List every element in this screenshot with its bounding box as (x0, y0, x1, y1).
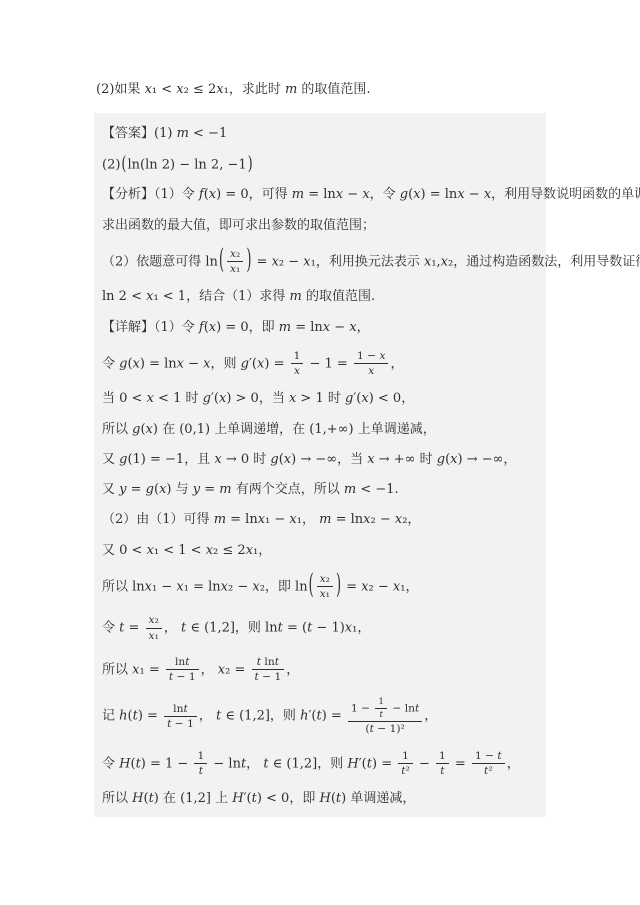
text-run: − 1 (259, 670, 281, 683)
solution-line-19: 令 H(t) = 1 − 1t − lnt， t ∈ (1,2]，则 H′(t)… (102, 750, 538, 778)
fraction-numerator: 1 (436, 750, 449, 764)
text-run: 令 (102, 756, 119, 771)
text-run: ，利用导数说明函数的单调性， (491, 187, 640, 202)
stretched-paren: ) (247, 153, 254, 177)
math-variable: x (133, 356, 140, 371)
problem-statement: (2)如果 x₁ < x₂ ≤ 2x₁，求此时 m 的取值范围. (96, 82, 544, 98)
fraction-numerator: 1 (291, 350, 304, 364)
text-run: − (184, 356, 203, 371)
fraction-denominator: t − 1 (252, 670, 285, 683)
math-variable: x (206, 543, 213, 558)
text-run: ， (246, 756, 263, 771)
math-variable: x (258, 512, 265, 527)
math-variable: m (177, 126, 189, 141)
text-run: 所以 (102, 662, 132, 677)
text-run: = ln (331, 512, 363, 527)
text-run: ₁，求此时 (224, 82, 285, 97)
math-variable: m (214, 512, 226, 527)
text-run: = (342, 579, 361, 594)
text-run: (1) = −1，且 (127, 452, 214, 467)
text-run: = ( (283, 621, 307, 636)
text-run: ₂ − (369, 579, 393, 594)
text-run: < −1. (356, 482, 398, 497)
math-variable: g (400, 187, 408, 202)
solution-line-18: 记 h(t) = lntt − 1， t ∈ (1,2]，则 h′(t) = 1… (102, 697, 538, 735)
text-run: ₂，通过构造函数法，利用导数证得 (448, 254, 640, 269)
fraction-denominator: x (354, 364, 389, 377)
fraction-denominator: t − 1 (164, 717, 197, 730)
fraction-numerator: 1 − t (472, 750, 505, 764)
text-run: ) 与 (166, 482, 192, 497)
math-variable: x (367, 452, 374, 467)
math-variable: x (252, 579, 259, 594)
text-run: ) 在 (0,1) 上单调递增，在 (1,+∞) 上单调递减， (153, 422, 436, 437)
text-run: ₁ (326, 587, 330, 600)
math-variable: x (294, 364, 300, 377)
text-run: 记 (102, 709, 119, 724)
text-run: ln (261, 655, 275, 668)
text-run: ) > 0，当 (226, 391, 289, 406)
text-run: 1 (197, 749, 204, 762)
text-run: − (330, 320, 349, 335)
math-variable: t (275, 655, 279, 668)
text-run: < 1 时 (154, 391, 203, 406)
stretched-paren: ) (335, 570, 342, 603)
text-run: = ln (291, 320, 323, 335)
text-run: ₂， (402, 512, 420, 527)
text-run: ₁ − (265, 512, 289, 527)
text-run: ₁， (352, 621, 370, 636)
math-variable: g (270, 452, 278, 467)
text-run: 1 (378, 697, 384, 707)
solution-line-6: ln 2 < x₁ < 1，结合（1）求得 m 的取值范围. (102, 289, 538, 305)
text-run: ln (173, 702, 183, 715)
text-run: ，则 (211, 356, 241, 371)
solution-line-7: 【详解】（1）令 f(x) = 0，即 m = lnx − x， (102, 320, 538, 336)
text-run: = (200, 482, 219, 497)
text-run: ) = (138, 709, 162, 724)
text-run: 又 (102, 452, 119, 467)
text-run: ，令 (370, 187, 400, 202)
text-run: ₁ < 1 < (154, 543, 206, 558)
text-run: = (127, 482, 146, 497)
text-run: 所以 (102, 791, 132, 806)
solution-line-5: （2）依题意可得 ln(x₂x₁) = x₂ − x₁，利用换元法表示 x₁,x… (102, 248, 538, 276)
math-variable: m (292, 187, 304, 202)
fraction-denominator: t − 1 (166, 670, 199, 683)
text-run: ₂ − (279, 254, 303, 269)
math-variable: g (146, 482, 154, 497)
fraction-numerator: 1 (375, 697, 387, 709)
text-run: ₂ = (225, 662, 249, 677)
fraction: lntt − 1 (164, 703, 197, 731)
math-variable: x (289, 512, 296, 527)
fraction-denominator: x (291, 364, 304, 377)
fraction-numerator: 1 (194, 750, 207, 764)
fraction-denominator: t (436, 764, 449, 777)
math-variable: x (303, 254, 310, 269)
text-run: ² (488, 764, 492, 777)
text-run: 令 (102, 356, 119, 371)
text-run: ) = (264, 356, 288, 371)
math-variable: g (241, 356, 249, 371)
text-run: ) < 0， (369, 391, 415, 406)
text-run: (2)如果 (96, 82, 145, 97)
fraction: t lntt − 1 (252, 656, 285, 684)
fraction-numerator: x₂ (227, 248, 243, 262)
fraction-denominator: x₁ (146, 629, 162, 642)
math-variable: t (497, 749, 501, 762)
document-content: (2)如果 x₁ < x₂ ≤ 2x₁，求此时 m 的取值范围. 【答案】(1)… (94, 82, 546, 817)
fraction-numerator: t lnt (252, 656, 285, 670)
math-variable: x (441, 254, 448, 269)
text-run: ₂ − (370, 512, 394, 527)
text-run: − ln (209, 756, 241, 771)
fraction-numerator: 1 (398, 750, 413, 764)
math-variable: y (119, 482, 126, 497)
answer-panel: 【答案】(1) m < −1(2)(ln(ln 2) − ln 2, −1)【分… (94, 113, 546, 817)
text-run: 1 − (357, 349, 379, 362)
fraction: 1t (194, 750, 207, 778)
text-run: > 1 时 (296, 391, 345, 406)
math-variable: t (199, 764, 203, 777)
math-variable: g (437, 452, 445, 467)
math-variable: H (319, 791, 330, 806)
math-variable: x (176, 82, 183, 97)
fraction-numerator: x₂ (146, 614, 162, 628)
text-run: → +∞ 时 (375, 452, 437, 467)
text-run: ) = ln (140, 356, 177, 371)
text-run: ln(ln 2) − ln 2, −1 (128, 157, 247, 172)
text-run: 求出函数的最大值，即可求出参数的取值范围； (102, 218, 375, 233)
text-run: ₁， (297, 512, 319, 527)
text-run: ， (199, 709, 216, 724)
solution-line-1: 【答案】(1) m < −1 (102, 126, 538, 142)
text-run: ₁， (253, 543, 271, 558)
fraction: 1t (436, 750, 449, 778)
text-run: = ln (304, 187, 336, 202)
math-variable: H (232, 791, 243, 806)
stretched-paren: ( (120, 153, 127, 177)
text-run: ) → −∞，当 (291, 452, 367, 467)
math-variable: x (272, 254, 279, 269)
text-run: ₂ (236, 247, 240, 260)
fraction-denominator: t (375, 709, 387, 720)
solution-line-10: 所以 g(x) 在 (0,1) 上单调递增，在 (1,+∞) 上单调递减， (102, 422, 538, 438)
text-run: （2）依题意可得 ln (102, 254, 218, 269)
text-run: 【答案】(1) (102, 126, 177, 141)
document-page: (2)如果 x₁ < x₂ ≤ 2x₁，求此时 m 的取值范围. 【答案】(1)… (0, 0, 640, 905)
text-run: ln (175, 655, 185, 668)
text-run: ₁，利用换元法表示 (311, 254, 424, 269)
math-variable: m (285, 82, 297, 97)
text-run: 1 (294, 349, 301, 362)
text-run: ₁, (431, 254, 440, 269)
text-run: 【详解】（1）令 (102, 320, 199, 335)
fraction-numerator: 1 − 1t − lnt (348, 697, 422, 722)
text-run: ₂ (155, 613, 159, 626)
math-variable: x (145, 82, 152, 97)
text-run: 当 0 < (102, 391, 147, 406)
fraction-denominator: t² (398, 764, 413, 777)
text-run: 1 − (351, 702, 373, 715)
text-run: − (415, 756, 434, 771)
math-variable: H (119, 756, 130, 771)
solution-line-12: 又 y = g(x) 与 y = m 有两个交点，所以 m < −1. (102, 482, 538, 498)
text-run: ₁， (400, 579, 418, 594)
text-run: ∈ (1,2]，则 (221, 709, 300, 724)
text-run: − 1) (312, 621, 345, 636)
fraction-numerator: lnt (164, 703, 197, 717)
math-variable: m (344, 482, 356, 497)
solution-line-8: 令 g(x) = lnx − x，则 g′(x) = 1x − 1 = 1 − … (102, 350, 538, 378)
text-run: 又 0 < (102, 543, 147, 558)
math-variable: t (415, 702, 419, 715)
math-variable: x (203, 356, 210, 371)
solution-line-16: 令 t = x₂x₁， t ∈ (1,2]，则 lnt = (t − 1)x₁， (102, 614, 538, 642)
text-run: − 1)² (374, 722, 405, 735)
text-run: 1 (402, 749, 409, 762)
text-run: ′( (244, 791, 252, 806)
text-run: 【分析】（1）令 (102, 187, 199, 202)
text-run: ′( (359, 756, 367, 771)
text-run: ) 在 (1,2] 上 (154, 791, 232, 806)
text-run: ₂ − (228, 579, 252, 594)
text-run: − (465, 187, 484, 202)
math-variable: m (219, 482, 231, 497)
fraction: 1t² (398, 750, 413, 778)
stretched-paren: ( (218, 245, 225, 278)
text-run: 又 (102, 482, 119, 497)
solution-line-3: 【分析】（1）令 f(x) = 0，可得 m = lnx − x，令 g(x) … (102, 187, 538, 203)
fraction-denominator: t (194, 764, 207, 777)
text-run: ln 2 < (102, 289, 146, 304)
text-run: ， (286, 662, 299, 677)
text-run: ， (201, 662, 218, 677)
math-variable: x (145, 579, 152, 594)
text-run: (2) (102, 157, 120, 172)
text-run: 所以 (102, 422, 132, 437)
text-run: − 1 (173, 670, 195, 683)
fraction-numerator: lnt (166, 656, 199, 670)
text-run: ) 单调递减， (341, 791, 415, 806)
fraction-denominator: t² (472, 764, 505, 777)
text-run: − 1 (171, 717, 193, 730)
text-run: ) = (372, 756, 396, 771)
math-variable: x (147, 543, 154, 558)
math-variable: x (379, 349, 385, 362)
text-run: ₁ (236, 262, 240, 275)
math-variable: g (203, 391, 211, 406)
math-variable: x (177, 356, 184, 371)
math-variable: x (413, 187, 420, 202)
math-variable: t (379, 710, 383, 720)
text-run: ₁ (155, 629, 159, 642)
text-run: ) = 1 − (141, 756, 193, 771)
math-variable: m (279, 320, 291, 335)
text-run: 所以 ln (102, 579, 145, 594)
math-variable: x (176, 579, 183, 594)
text-run: ) < 0，即 (257, 791, 320, 806)
solution-line-15: 所以 lnx₁ − x₁ = lnx₂ − x₂，即 ln(x₂x₁) = x₂… (102, 573, 538, 601)
math-variable: x (147, 391, 154, 406)
fraction: x₂x₁ (146, 614, 162, 642)
text-run: 的取值范围. (302, 289, 375, 304)
fraction: 1t (375, 697, 387, 720)
math-variable: x (216, 82, 223, 97)
math-variable: H (347, 756, 358, 771)
solution-line-17: 所以 x₁ = lntt − 1， x₂ = t lntt − 1， (102, 656, 538, 684)
text-run: ) → −∞， (457, 452, 516, 467)
fraction-denominator: (t − 1)² (348, 722, 422, 735)
text-run: → 0 时 (222, 452, 271, 467)
solution-line-11: 又 g(1) = −1，且 x → 0 时 g(x) → −∞，当 x → +∞… (102, 452, 538, 468)
text-run: − (343, 187, 362, 202)
text-run: ， (390, 356, 403, 371)
solution-line-2: (2)(ln(ln 2) − ln 2, −1) (102, 157, 538, 174)
text-run: < −1 (189, 126, 227, 141)
text-run: ) = (322, 709, 346, 724)
solution-line-14: 又 0 < x₁ < 1 < x₂ ≤ 2x₁， (102, 543, 538, 559)
math-variable: t (185, 655, 189, 668)
text-run: ₁ = (139, 662, 163, 677)
fraction: x₂x₁ (317, 573, 333, 601)
math-variable: x (221, 579, 228, 594)
text-run: ∈ (1,2]，则 (269, 756, 348, 771)
math-variable: x (368, 364, 374, 377)
text-run: ， (357, 320, 370, 335)
fraction: lntt − 1 (166, 656, 199, 684)
stretched-paren: ( (308, 570, 315, 603)
math-variable: x (214, 452, 221, 467)
text-run: ₁ = ln (184, 579, 221, 594)
math-variable: x (361, 391, 368, 406)
math-variable: x (146, 422, 153, 437)
solution-line-13: （2）由（1）可得 m = lnx₁ − x₁， m = lnx₂ − x₂， (102, 512, 538, 528)
text-run: ₁ < (152, 82, 176, 97)
math-variable: t (440, 764, 444, 777)
text-run: ₂，即 ln (260, 579, 308, 594)
solution-line-9: 当 0 < x < 1 时 g′(x) > 0，当 x > 1 时 g′(x) … (102, 391, 538, 407)
text-run: ， (164, 621, 181, 636)
math-variable: t (183, 702, 187, 715)
fraction: 1x (291, 350, 304, 378)
text-run: ′( (249, 356, 257, 371)
text-run: = (451, 756, 470, 771)
fraction-denominator: x₁ (317, 587, 333, 600)
math-variable: x (349, 320, 356, 335)
math-variable: x (362, 187, 369, 202)
fraction-denominator: x₁ (227, 262, 243, 275)
math-variable: m (319, 512, 331, 527)
math-variable: h (119, 709, 127, 724)
text-run: − 1 = (305, 356, 352, 371)
text-run: = ln (226, 512, 258, 527)
math-variable: H (132, 791, 143, 806)
text-run: ) = ln (421, 187, 458, 202)
fraction: x₂x₁ (227, 248, 243, 276)
text-run: 1 (439, 749, 446, 762)
text-run: = (124, 621, 143, 636)
fraction: 1 − 1t − lnt(t − 1)² (348, 697, 422, 735)
text-run: 令 (102, 621, 119, 636)
solution-line-20: 所以 H(t) 在 (1,2] 上 H′(t) < 0，即 H(t) 单调递减， (102, 791, 538, 807)
text-run: ， (424, 709, 437, 724)
text-run: ) = 0，可得 (216, 187, 292, 202)
text-run: ₂ (326, 572, 330, 585)
math-variable: x (457, 187, 464, 202)
text-run: ₂ ≤ 2 (213, 543, 246, 558)
text-run: ₁ < 1，结合（1）求得 (153, 289, 289, 304)
fraction: 1 − tt² (472, 750, 505, 778)
math-variable: x (246, 543, 253, 558)
text-run: 的取值范围. (297, 82, 370, 97)
text-run: ₁ − (152, 579, 176, 594)
text-run: ² (406, 764, 410, 777)
fraction-numerator: x₂ (317, 573, 333, 587)
text-run: ∈ (1,2]，则 ln (186, 621, 277, 636)
math-variable: m (289, 289, 301, 304)
fraction-numerator: 1 − x (354, 350, 389, 364)
text-run: （2）由（1）可得 (102, 512, 214, 527)
text-run: − ln (389, 702, 415, 715)
solution-line-4: 求出函数的最大值，即可求出参数的取值范围； (102, 218, 538, 234)
stretched-paren: ) (245, 245, 252, 278)
text-run: ′( (211, 391, 219, 406)
text-run: ) = 0，即 (216, 320, 279, 335)
text-run: 1 − (475, 749, 497, 762)
math-variable: x (361, 579, 368, 594)
text-run: 有两个交点，所以 (232, 482, 344, 497)
text-run: = (252, 254, 271, 269)
text-run: ， (507, 756, 520, 771)
text-run: ₂ ≤ 2 (184, 82, 217, 97)
fraction: 1 − xx (354, 350, 389, 378)
